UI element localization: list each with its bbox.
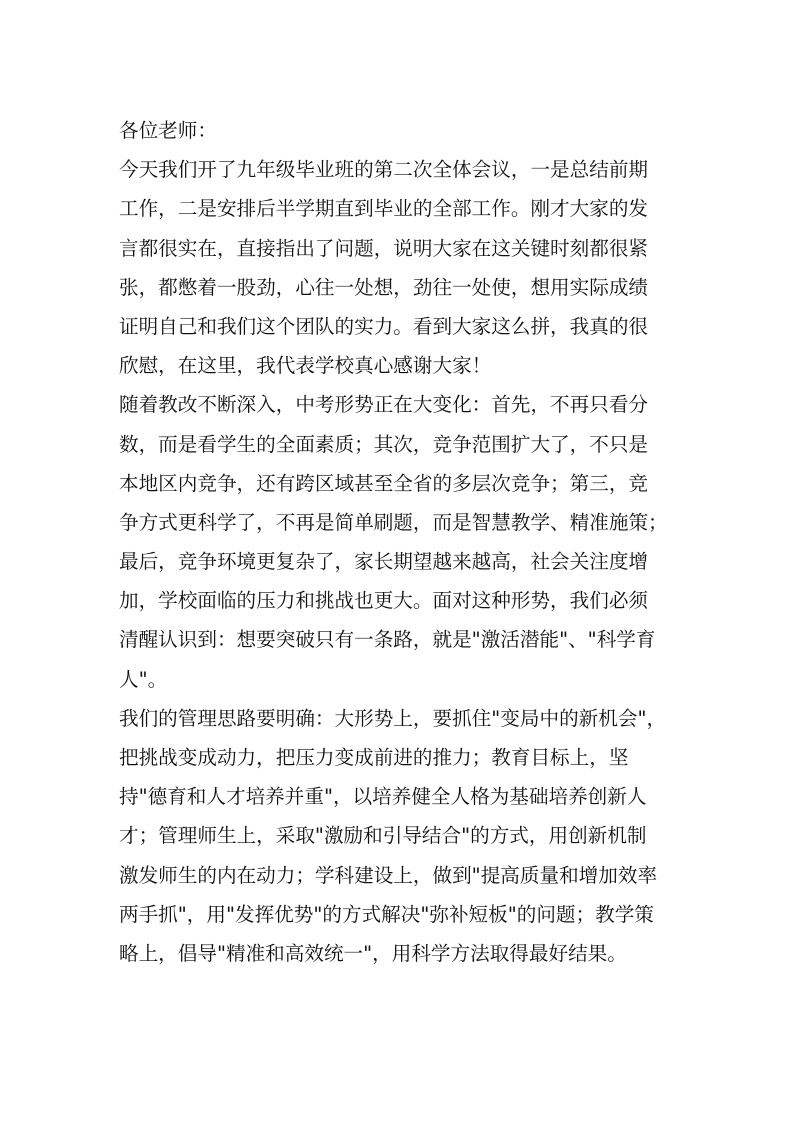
paragraph-management: 我们的管理思路要明确：大形势上，要抓住"变局中的新机会"， 把挑战变成动力，把压… (119, 699, 699, 973)
text-line: 张，都憋着一股劲，心往一处想，劲往一处使，想用实际成绩 (119, 268, 699, 307)
text-line: 数，而是看学生的全面素质；其次，竞争范围扩大了，不只是 (119, 425, 699, 464)
text-line: 欣慰，在这里，我代表学校真心感谢大家！ (119, 346, 699, 385)
paragraph-opening: 今天我们开了九年级毕业班的第二次全体会议，一是总结前期 工作，二是安排后半学期直… (119, 150, 699, 385)
paragraph-situation: 随着教改不断深入，中考形势正在大变化：首先，不再只看分 数，而是看学生的全面素质… (119, 385, 699, 699)
text-line: 最后，竞争环境更复杂了，家长期望越来越高，社会关注度增 (119, 542, 699, 581)
text-line: 加，学校面临的压力和挑战也更大。面对这种形势，我们必须 (119, 581, 699, 620)
text-line: 本地区内竞争，还有跨区域甚至全省的多层次竞争；第三，竞 (119, 464, 699, 503)
document-page: 各位老师： 今天我们开了九年级毕业班的第二次全体会议，一是总结前期 工作，二是安… (119, 111, 699, 973)
text-line: 我们的管理思路要明确：大形势上，要抓住"变局中的新机会"， (119, 699, 699, 738)
text-line: 把挑战变成动力，把压力变成前进的推力；教育目标上，坚 (119, 738, 699, 777)
text-line: 工作，二是安排后半学期直到毕业的全部工作。刚才大家的发 (119, 189, 699, 228)
text-line: 清醒认识到：想要突破只有一条路，就是"激活潜能"、"科学育 (119, 620, 699, 659)
text-line: 激发师生的内在动力；学科建设上，做到"提高质量和增加效率 (119, 856, 699, 895)
text-line: 略上，倡导"精准和高效统一"，用科学方法取得最好结果。 (119, 934, 699, 973)
text-line: 人"。 (119, 660, 699, 699)
text-line: 随着教改不断深入，中考形势正在大变化：首先，不再只看分 (119, 385, 699, 424)
text-line: 今天我们开了九年级毕业班的第二次全体会议，一是总结前期 (119, 150, 699, 189)
text-line: 才；管理师生上，采取"激励和引导结合"的方式，用创新机制 (119, 816, 699, 855)
text-line: 持"德育和人才培养并重"，以培养健全人格为基础培养创新人 (119, 777, 699, 816)
text-line: 言都很实在，直接指出了问题，说明大家在这关键时刻都很紧 (119, 229, 699, 268)
text-line: 两手抓"，用"发挥优势"的方式解决"弥补短板"的问题；教学策 (119, 895, 699, 934)
text-line: 证明自己和我们这个团队的实力。看到大家这么拼，我真的很 (119, 307, 699, 346)
salutation: 各位老师： (119, 111, 699, 150)
text-line: 争方式更科学了，不再是简单刷题，而是智慧教学、精准施策； (119, 503, 699, 542)
